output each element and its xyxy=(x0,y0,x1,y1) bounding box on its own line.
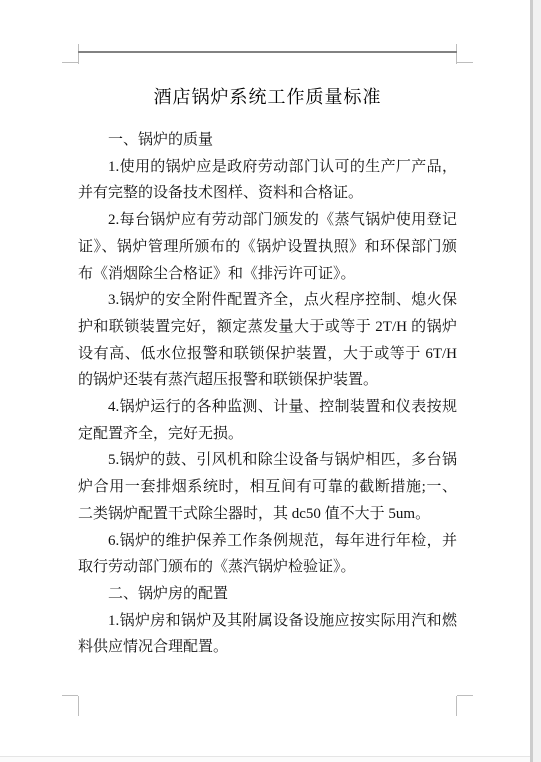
paragraph-1-4: 4.锅炉运行的各种监测、计量、控制装置和仪表按规定配置齐全，完好无损。 xyxy=(78,394,457,447)
header-boundary-line xyxy=(78,51,457,53)
document-content: 酒店锅炉系统工作质量标准 一、锅炉的质量 1.使用的锅炉应是政府劳动部门认可的生… xyxy=(78,87,457,661)
document-title: 酒店锅炉系统工作质量标准 xyxy=(78,87,457,108)
paragraph-1-1: 1.使用的锅炉应是政府劳动部门认可的生产厂产品，并有完整的设备技术图样、资料和合… xyxy=(78,154,457,207)
paragraph-1-5: 5.锅炉的鼓、引风机和除尘设备与锅炉相匹，多台锅炉合用一套排烟系统时，相互间有可… xyxy=(78,447,457,527)
paragraph-1-6: 6.锅炉的维护保养工作条例规范，每年进行年检，并取行劳动部门颁布的《蒸汽锅炉检验… xyxy=(78,528,457,581)
document-page: { "doc": { "title": "酒店锅炉系统工作质量标准", "par… xyxy=(0,0,541,762)
crop-mark-top-right-vertical xyxy=(456,44,457,64)
crop-mark-bottom-right-horizontal xyxy=(457,695,473,696)
section-heading-1: 一、锅炉的质量 xyxy=(78,127,457,154)
section-heading-2: 二、锅炉房的配置 xyxy=(78,581,457,608)
crop-mark-top-left-vertical xyxy=(78,44,79,64)
crop-mark-bottom-right-vertical xyxy=(456,696,457,716)
paragraph-1-2: 2.每台锅炉应有劳动部门颁发的《蒸气锅炉使用登记证》、锅炉管理所颁布的《锅炉设置… xyxy=(78,207,457,287)
crop-mark-top-right-horizontal xyxy=(457,62,473,63)
crop-mark-top-left-horizontal xyxy=(62,62,78,63)
paragraph-2-1: 1.锅炉房和锅炉及其附属设备设施应按实际用汽和燃料供应情况合理配置。 xyxy=(78,608,457,661)
scrollbar-track[interactable] xyxy=(530,0,541,762)
crop-mark-bottom-left-vertical xyxy=(78,696,79,716)
viewport-bottom-edge xyxy=(0,756,530,762)
crop-mark-bottom-left-horizontal xyxy=(62,695,78,696)
paragraph-1-3: 3.锅炉的安全附件配置齐全，点火程序控制、熄火保护和联锁装置完好，额定蒸发量大于… xyxy=(78,287,457,394)
